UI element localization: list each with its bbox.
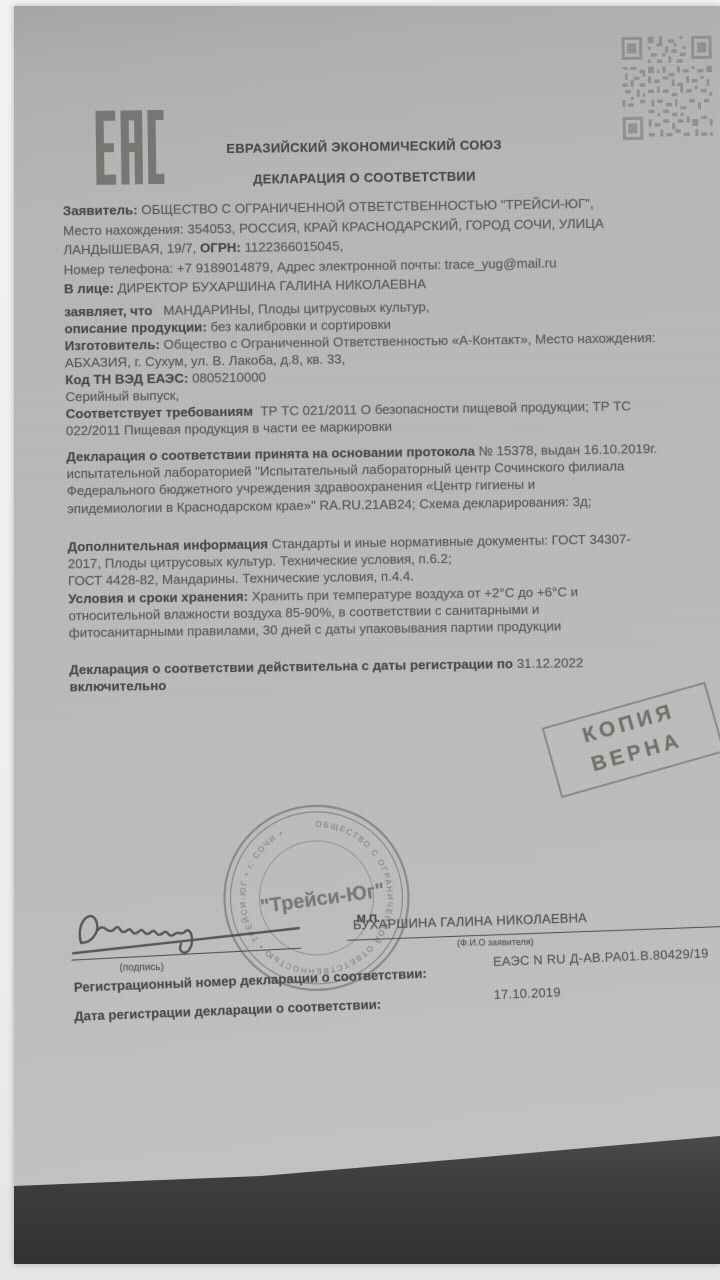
applicant-block: Заявитель: ОБЩЕСТВО С ОГРАНИЧЕННОЙ ОТВЕТ… (63, 192, 720, 299)
copy-verna-stamp: КОПИЯ ВЕРНА (542, 682, 720, 799)
document-paper: ЕВРАЗИЙСКИЙ ЭКОНОМИЧЕСКИЙ СОЮЗ ДЕКЛАРАЦИ… (14, 6, 720, 1264)
document-content: ЕВРАЗИЙСКИЙ ЭКОНОМИЧЕСКИЙ СОЮЗ ДЕКЛАРАЦИ… (14, 0, 720, 1264)
signature-caption: (подпись) (119, 962, 164, 974)
photo-background: { "header": { "eac_logo": "ЕАС", "qr_ico… (0, 0, 720, 1280)
registration-number-value: ЕАЭС N RU Д-АВ.РА01.В.80429/19 (493, 945, 709, 969)
registration-date-value: 17.10.2019 (493, 984, 561, 1002)
fio-caption: (Ф.И.О заявителя) (457, 937, 534, 948)
additional-info-block: Дополнительная информация Стандарты и ин… (67, 529, 720, 641)
qr-code-icon (618, 32, 716, 143)
registration-date-label: Дата регистрации декларации о соответств… (74, 997, 381, 1024)
protocol-block: Декларация о соответствии принята на осн… (66, 439, 720, 517)
validity-block: Декларация о соответствии действительна … (69, 652, 720, 696)
